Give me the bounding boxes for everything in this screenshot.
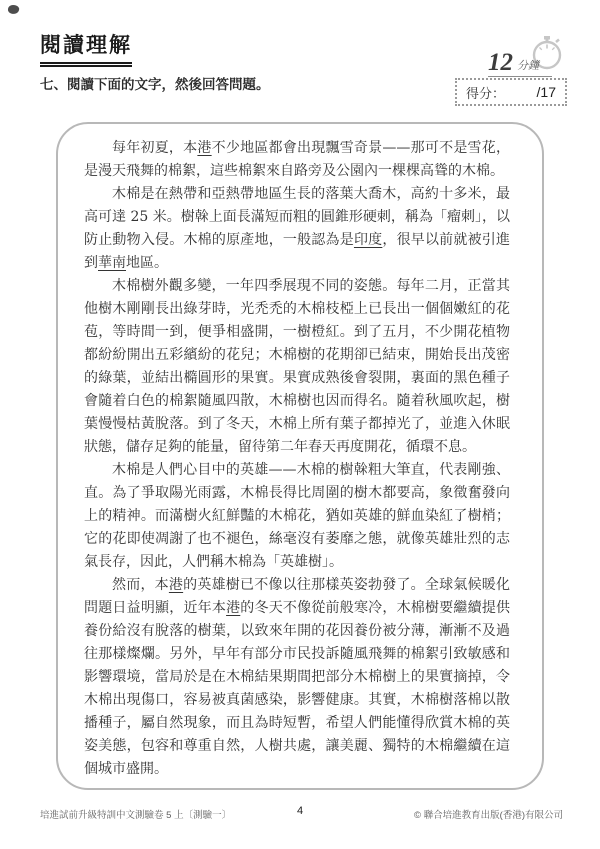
- score-total: /17: [537, 84, 556, 100]
- passage-line: 姿美態，包容和尊重自然，人樹共處，讓美麗、獨特的木棉繼續在這: [84, 735, 510, 758]
- passage-line: 每年初夏，本港不少地區都會出現飄雪奇景——那可不是雪花，而: [84, 137, 510, 160]
- passage-line: 木棉是在熱帶和亞熱帶地區生長的落葉大喬木，高約十多米，最: [84, 183, 510, 206]
- passage-line: 它的花即使凋謝了也不褪色，絲毫沒有萎靡之態，就像英雄壯烈的志: [84, 528, 510, 551]
- proper-noun-underline: 華南: [98, 255, 126, 271]
- passage-line: 影響環境，當局於是在木棉結果期間把部分木棉樹上的果實摘掉，令: [84, 666, 510, 689]
- passage-line: 木棉是人們心目中的英雄——木棉的樹榦粗大筆直，代表剛強、正15: [84, 459, 510, 482]
- passage-line: 防止動物入侵。木棉的原產地，一般認為是印度，很早以前就被引進5: [84, 229, 510, 252]
- timer-underline: [488, 76, 552, 77]
- passage-line: 苞，等時間一到，便爭相盛開，一樹橙紅。到了五月，不少開花植物: [84, 321, 510, 344]
- scan-artifact: [7, 4, 20, 15]
- score-label: 得分：: [466, 83, 505, 102]
- passage-line: 葉慢慢枯黃脫落。到了冬天，木棉上所有葉子都掉光了，並進入休眠: [84, 413, 510, 436]
- timer-minutes: 12: [488, 50, 513, 75]
- passage-line: 直。為了爭取陽光雨露，木棉長得比周圍的樹木都要高，象徵奮發向: [84, 482, 510, 505]
- section-instruction: 七、閱讀下面的文字，然後回答問題。: [40, 73, 270, 93]
- passage-line: 上的精神。而滿樹火紅鮮豔的木棉花，猶如英雄的鮮血染紅了樹梢；: [84, 505, 510, 528]
- passage-box: 每年初夏，本港不少地區都會出現飄雪奇景——那可不是雪花，而是漫天飛舞的棉絮，這些…: [56, 122, 544, 790]
- passage-line: 會隨着白色的棉絮隨風四散，木棉樹也因而得名。隨着秋風吹起，樹: [84, 390, 510, 413]
- timer-unit-label: 分鐘: [517, 57, 539, 73]
- passage-line: 問題日益明顯，近年本港的冬天不像從前般寒冷，木棉樹要繼續提供: [84, 597, 510, 620]
- passage-line: 往那樣燦爛。另外，早年有部分市民投訴隨風飛舞的棉絮引致敏感和: [84, 643, 510, 666]
- margin-line-number: 15: [503, 459, 510, 482]
- passage-line: 到華南地區。: [84, 252, 510, 275]
- timer-badge: 12 分鐘: [488, 34, 564, 80]
- passage-line: 播種子，屬自然現象，而且為時短暫，希望人們能懂得欣賞木棉的英: [84, 712, 510, 735]
- passage-line: 養份給沒有脫落的樹葉，以致來年開的花因養份被分薄，漸漸不及過: [84, 620, 510, 643]
- passage-line: 是漫天飛舞的棉絮，這些棉絮來自路旁及公園內一棵棵高聳的木棉。: [84, 160, 510, 183]
- passage-line: 都紛紛開出五彩繽紛的花兒；木棉樹的花期卻已結束，開始長出茂密10: [84, 344, 510, 367]
- worksheet-page: 閱讀理解 七、閱讀下面的文字，然後回答問題。 12 分鐘 得分： /17 每年初…: [0, 0, 600, 849]
- proper-noun-underline: 港: [226, 600, 240, 616]
- passage-line: 氣長存，因此，人們稱木棉為「英雄樹」。: [84, 551, 510, 574]
- passage-line: 狀態，儲存足夠的能量，留待第二年春天再度開花，循環不息。: [84, 436, 510, 459]
- passage-line: 高可達 25 米。樹榦上面長滿短而粗的圓錐形硬刺，稱為「瘤刺」，以: [84, 206, 510, 229]
- margin-line-number: 20: [503, 574, 510, 597]
- passage-line: 木棉樹外觀多變，一年四季展現不同的姿態。每年二月，正當其: [84, 275, 510, 298]
- passage-text: 每年初夏，本港不少地區都會出現飄雪奇景——那可不是雪花，而是漫天飛舞的棉絮，這些…: [84, 137, 510, 781]
- passage-line: 的綠葉，並結出橢圓形的果實。果實成熟後會裂開，裏面的黑色種子: [84, 367, 510, 390]
- proper-noun-underline: 港: [169, 577, 183, 593]
- passage-line: 木棉出現傷口，容易被真菌感染，影響健康。其實，木棉樹落棉以散25: [84, 689, 510, 712]
- footer-copyright: © 聯合培進教育出版(香港)有限公司: [414, 807, 563, 821]
- score-box: 得分： /17: [455, 78, 567, 106]
- page-title: 閱讀理解: [40, 29, 132, 67]
- passage-line: 他樹木剛剛長出綠芽時，光禿禿的木棉枝椏上已長出一個個嫩紅的花: [84, 298, 510, 321]
- passage-line: 個城市盛開。: [84, 758, 510, 781]
- passage-line: 然而，本港的英雄樹已不像以往那樣英姿勃發了。全球氣候暖化20: [84, 574, 510, 597]
- proper-noun-underline: 港: [197, 140, 211, 156]
- proper-noun-underline: 印度: [354, 232, 382, 248]
